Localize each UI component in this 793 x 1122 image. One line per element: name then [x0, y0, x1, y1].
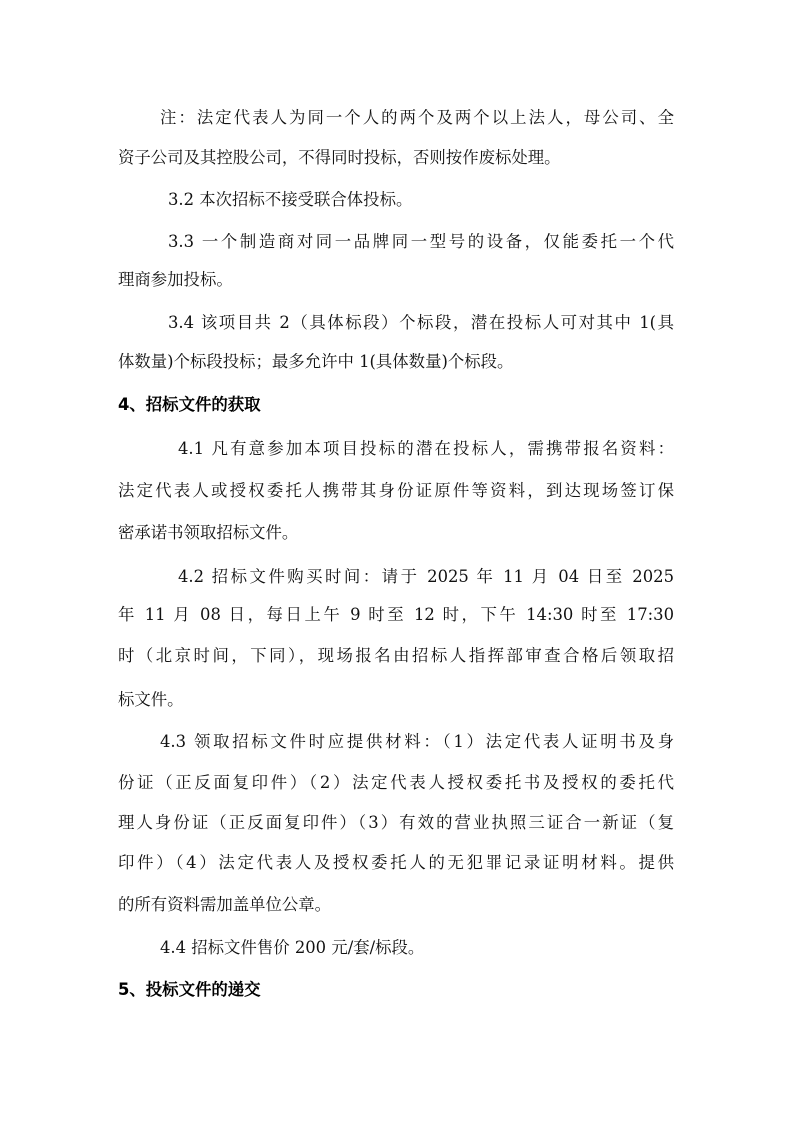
clause-4-2-line-2: 年 11 月 08 日，每日上午 9 时至 12 时，下午 14:30 时至 1…: [118, 604, 674, 626]
clause-4-3-line-2: 份证（正反面复印件）（2）法定代表人授权委托书及授权的委托代: [118, 772, 674, 794]
clause-3-3-line-1: 3.3 一个制造商对同一品牌同一型号的设备，仅能委托一个代: [168, 231, 674, 253]
clause-3-2: 3.2 本次招标不接受联合体投标。: [168, 189, 412, 211]
clause-4-3-line-3: 理人身份证（正反面复印件）（3）有效的营业执照三证合一新证（复: [118, 812, 674, 834]
clause-4-1-line-3: 密承诺书领取招标文件。: [118, 522, 298, 544]
section-heading-5: 5、投标文件的递交: [118, 979, 261, 1001]
clause-4-3-line-5: 的所有资料需加盖单位公章。: [118, 894, 331, 916]
note-line-1: 注：法定代表人为同一个人的两个及两个以上法人，母公司、全: [160, 107, 674, 129]
note-line-2: 资子公司及其控股公司，不得同时投标，否则按作废标处理。: [118, 147, 561, 169]
clause-3-4-line-2: 体数量)个标段投标；最多允许中 1(具体数量)个标段。: [118, 351, 513, 373]
clause-4-3-line-4: 印件）（4）法定代表人及授权委托人的无犯罪记录证明材料。提供: [118, 852, 674, 874]
section-heading-4: 4、招标文件的获取: [118, 394, 261, 416]
clause-4-1-line-1: 4.1 凡有意参加本项目投标的潜在投标人，需携带报名资料：: [178, 438, 674, 460]
clause-3-3-line-2: 理商参加投标。: [118, 269, 233, 291]
clause-4-3-line-1: 4.3 领取招标文件时应提供材料：（1）法定代表人证明书及身: [160, 731, 674, 753]
clause-4-2-line-1: 4.2 招标文件购买时间：请于 2025 年 11 月 04 日至 2025: [178, 566, 674, 588]
clause-3-4-line-1: 3.4 该项目共 2（具体标段）个标段，潜在投标人可对其中 1(具: [168, 312, 674, 334]
clause-4-2-line-4: 标文件。: [118, 689, 184, 711]
document-page: 注：法定代表人为同一个人的两个及两个以上法人，母公司、全 资子公司及其控股公司，…: [0, 0, 793, 1122]
clause-4-4: 4.4 招标文件售价 200 元/套/标段。: [160, 937, 424, 959]
clause-4-1-line-2: 法定代表人或授权委托人携带其身份证原件等资料，到达现场签订保: [118, 480, 674, 502]
clause-4-2-line-3: 时（北京时间，下同），现场报名由招标人指挥部审查合格后领取招: [118, 645, 674, 667]
